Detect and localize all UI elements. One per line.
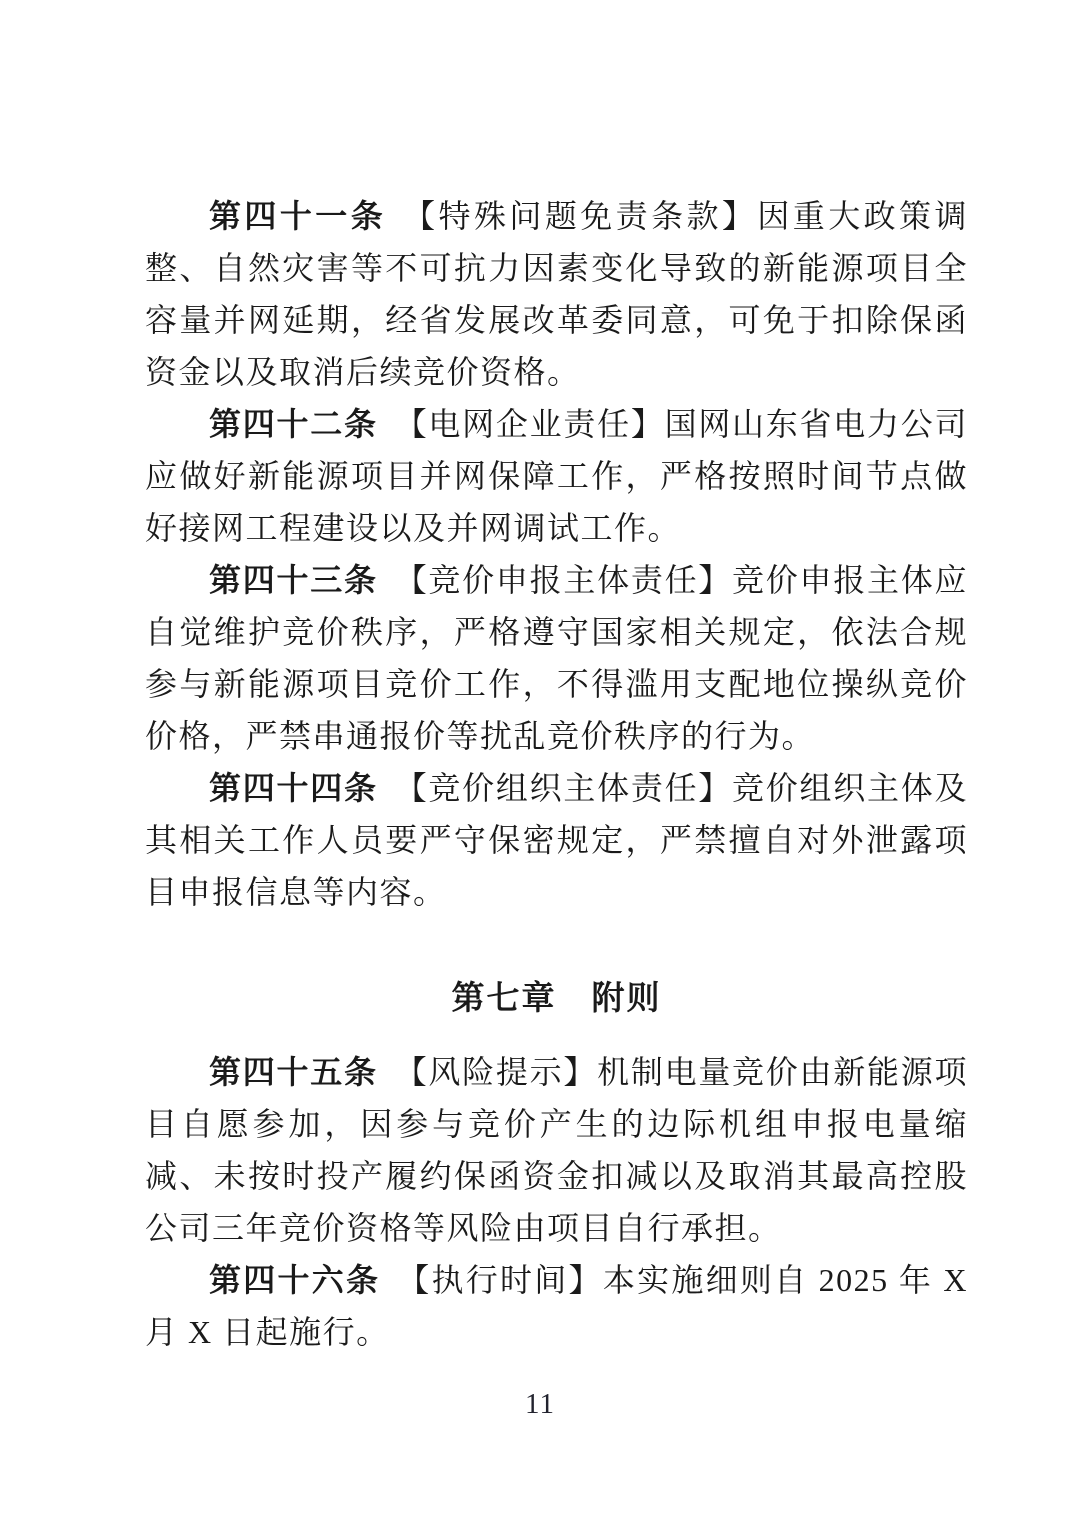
article-label: 【特殊问题免责条款】 [403, 198, 757, 234]
article-paragraph-41: 第四十一条【特殊问题免责条款】因重大政策调整、自然灾害等不可抗力因素变化导致的新… [145, 190, 968, 398]
article-number: 第四十六条 [209, 1262, 380, 1298]
chapter-heading: 第七章 附则 [145, 972, 968, 1024]
article-paragraph-45: 第四十五条【风险提示】机制电量竞价由新能源项目自愿参加，因参与竞价产生的边际机组… [145, 1046, 968, 1254]
article-label: 【风险提示】 [395, 1054, 597, 1090]
article-paragraph-44: 第四十四条【竞价组织主体责任】竞价组织主体及其相关工作人员要严守保密规定，严禁擅… [145, 762, 968, 918]
article-number: 第四十二条 [209, 406, 378, 442]
article-number: 第四十四条 [209, 770, 378, 806]
article-number: 第四十三条 [209, 562, 378, 598]
article-number: 第四十一条 [209, 198, 386, 234]
document-content: 第四十一条【特殊问题免责条款】因重大政策调整、自然灾害等不可抗力因素变化导致的新… [145, 190, 968, 1358]
article-paragraph-42: 第四十二条【电网企业责任】国网山东省电力公司应做好新能源项目并网保障工作，严格按… [145, 398, 968, 554]
article-paragraph-43: 第四十三条【竞价申报主体责任】竞价申报主体应自觉维护竞价秩序，严格遵守国家相关规… [145, 554, 968, 762]
article-label: 【执行时间】 [397, 1262, 603, 1298]
document-page: 第四十一条【特殊问题免责条款】因重大政策调整、自然灾害等不可抗力因素变化导致的新… [0, 0, 1080, 1527]
article-number: 第四十五条 [209, 1054, 378, 1090]
article-paragraph-46: 第四十六条【执行时间】本实施细则自 2025 年 X 月 X 日起施行。 [145, 1254, 968, 1358]
article-label: 【竞价组织主体责任】 [395, 770, 732, 806]
article-label: 【竞价申报主体责任】 [395, 562, 732, 598]
article-label: 【电网企业责任】 [395, 406, 665, 442]
page-number: 11 [0, 1388, 1080, 1421]
